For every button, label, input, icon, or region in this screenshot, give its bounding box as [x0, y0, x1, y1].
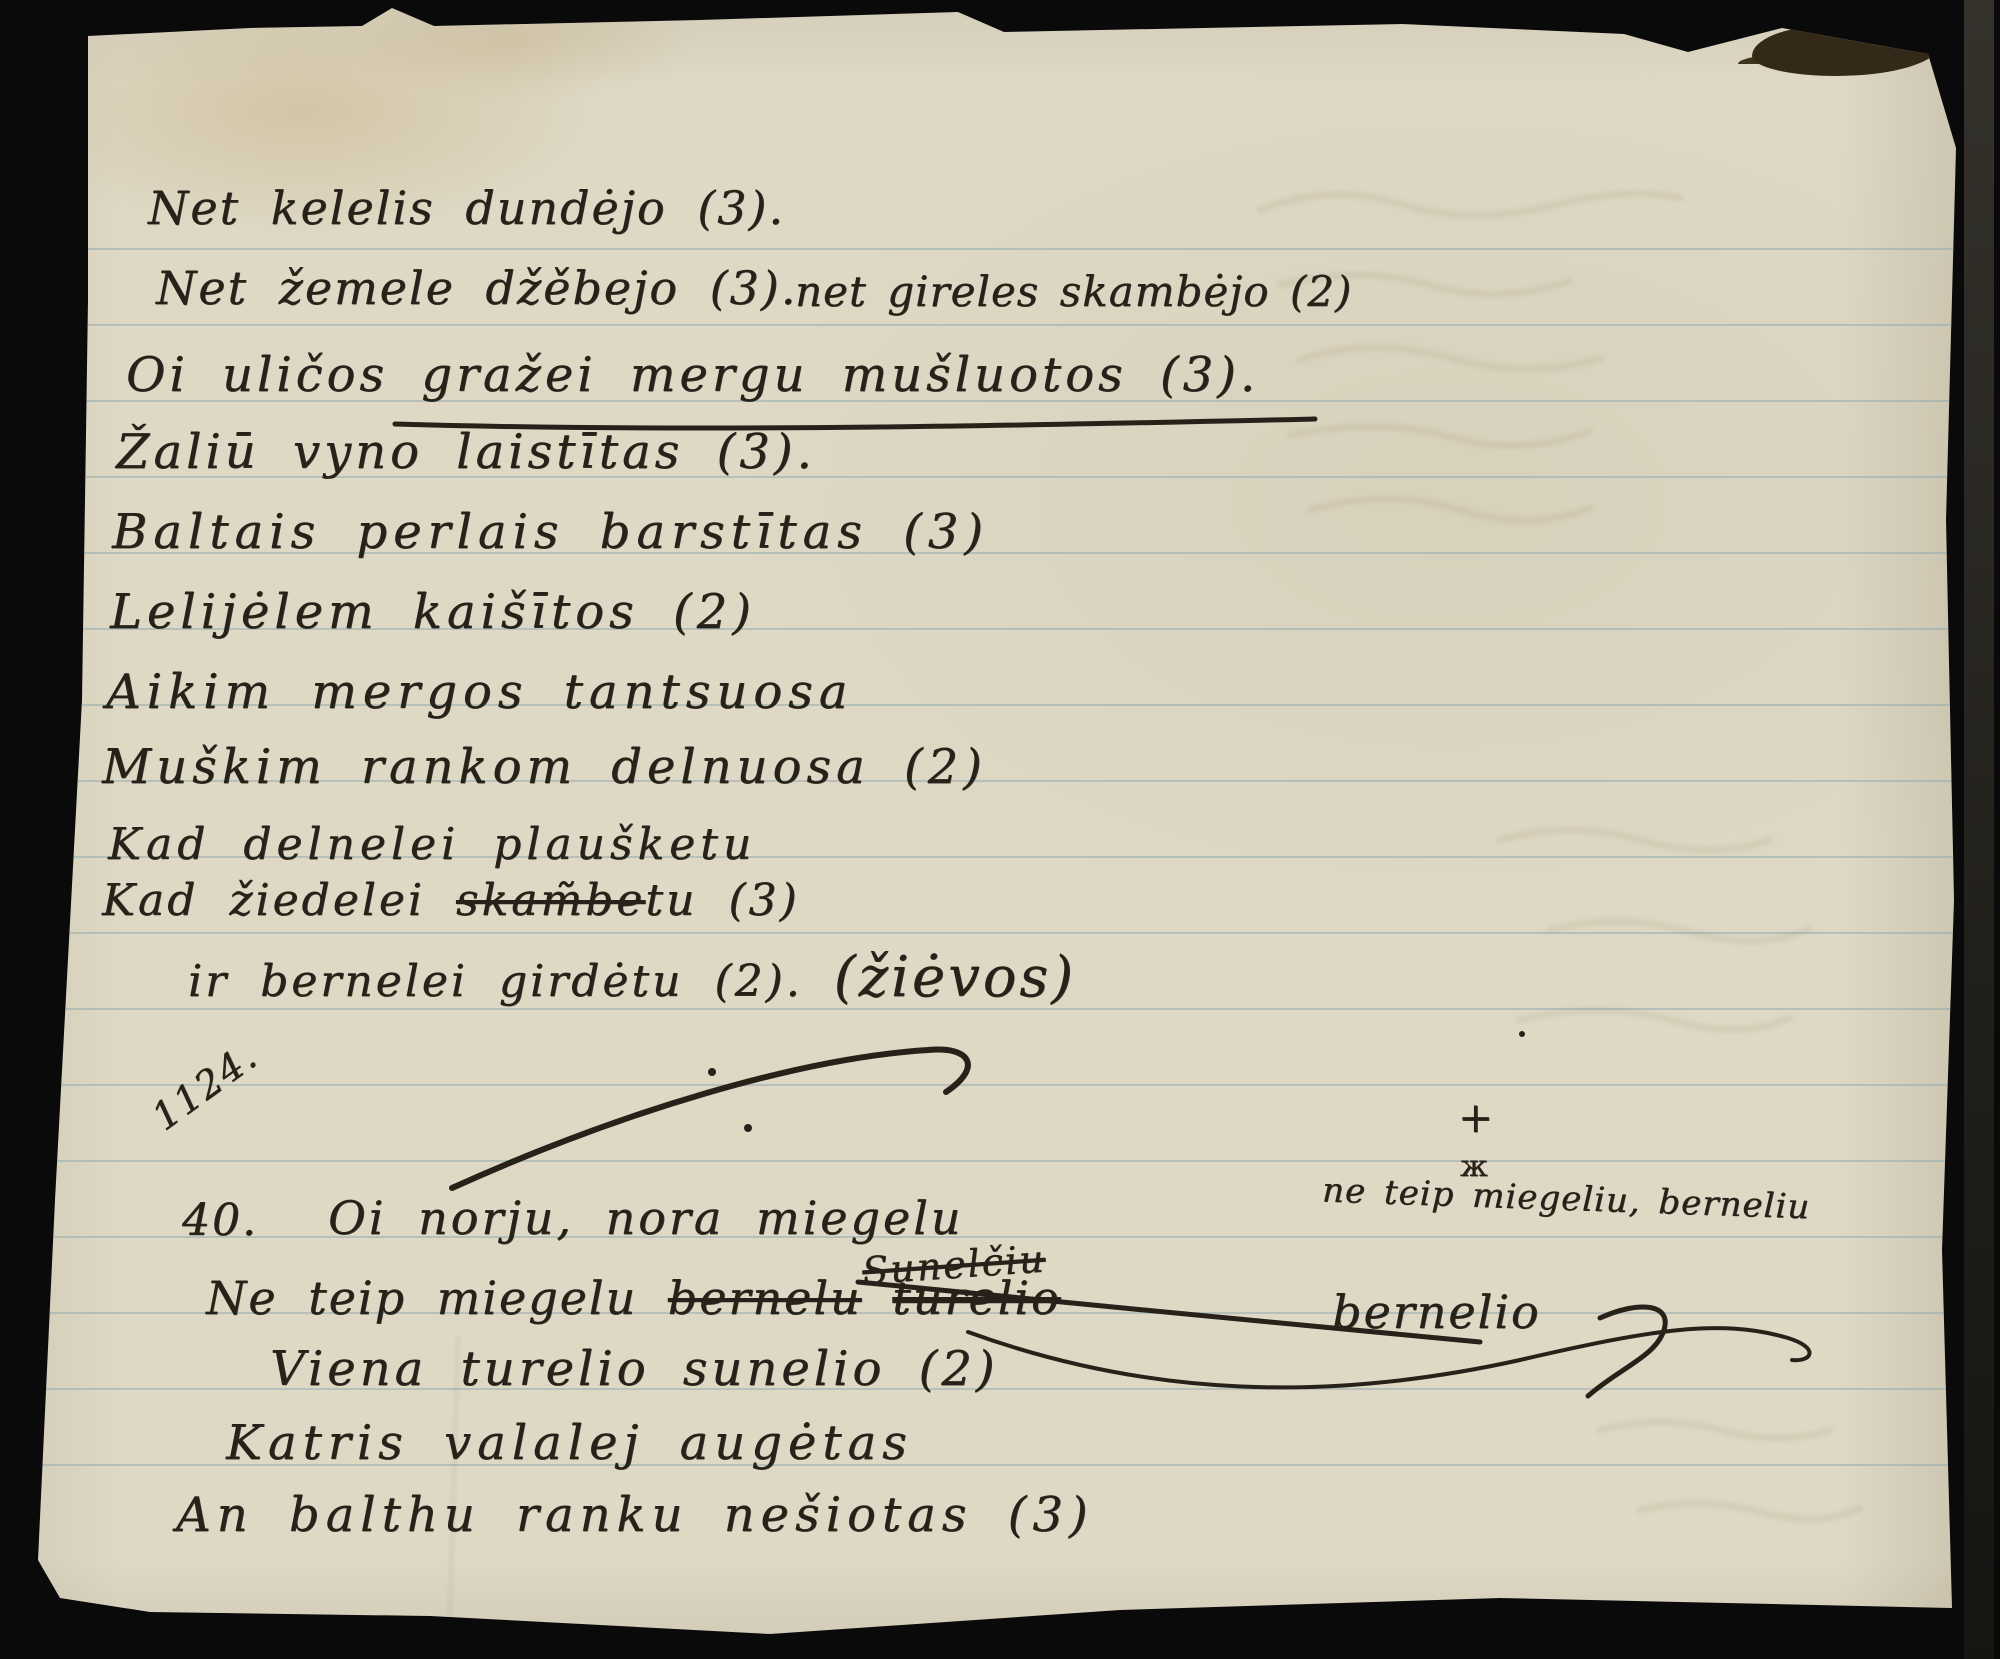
- stanza1-line-4: Žaliū vyno laistītas (3).: [116, 425, 816, 480]
- stanza1-line-2: Net žemele džěbejo (3).: [156, 262, 797, 315]
- line-2-crossed-word-1: bernelu: [668, 1271, 862, 1325]
- line-10-tail: tu (3): [645, 875, 799, 926]
- line-3-lead: Oi uličos: [126, 347, 421, 403]
- line-3-underlined-phrase: gražei mergu mušluotos (3).: [421, 347, 1259, 403]
- stanza1-line-10: Kad žiedelei skam̃betu (3): [102, 876, 800, 927]
- stanza1-line-2-right: net gireles skambėjo (2): [795, 268, 1352, 316]
- line-11-text: bernelei girdėtu (2).: [260, 956, 834, 1007]
- stanza2-line-1: Oi norju, nora miegelu: [328, 1192, 963, 1245]
- manuscript-page: Net kelelis dundėjo (3). Net žemele džěb…: [0, 0, 2000, 1659]
- stanza1-line-1: Net kelelis dundėjo (3).: [148, 182, 785, 235]
- stanza1-line-8: Muškim rankom delnuosa (2): [102, 740, 987, 795]
- stanza1-line-11: ir bernelei girdėtu (2). (žiėvos): [188, 946, 1076, 1010]
- stanza2-line-5: An balthu ranku nešiotas (3): [176, 1488, 1094, 1543]
- stanza2-line-4: Katris valalej augėtas: [226, 1416, 913, 1471]
- stanza1-line-7: Aikim mergos tantsuosa: [106, 665, 853, 720]
- stanza1-line-6: Lelijėlem kaišītos (2): [110, 585, 756, 640]
- line-11-flourish-word: (žiėvos): [834, 945, 1076, 1010]
- ink-stain: [1752, 26, 1938, 76]
- song-number: 40.: [182, 1196, 258, 1247]
- scan-background: Net kelelis dundėjo (3). Net žemele džěb…: [0, 0, 2000, 1659]
- book-spine-edge: [1964, 0, 1994, 1659]
- stanza1-line-3: Oi uličos gražei mergu mušluotos (3).: [126, 348, 1259, 403]
- stanza1-line-9: Kad delnelei plaušketu: [108, 820, 756, 871]
- stanza1-line-5: Baltais perlais barstītas (3): [112, 505, 989, 560]
- margin-plus-mark: +: [1458, 1094, 1495, 1142]
- stanza2-line-2-tail: bernelio: [1332, 1286, 1541, 1339]
- stanza2-line-3: Viena turelio sunelio (2): [270, 1342, 999, 1397]
- line-10-crossed-out-word: skam̃be: [456, 875, 645, 926]
- line-10-lead: Kad žiedelei: [102, 875, 456, 926]
- line-11-lead: ir: [188, 956, 260, 1007]
- line-2-lead: Ne teip miegelu: [206, 1271, 668, 1325]
